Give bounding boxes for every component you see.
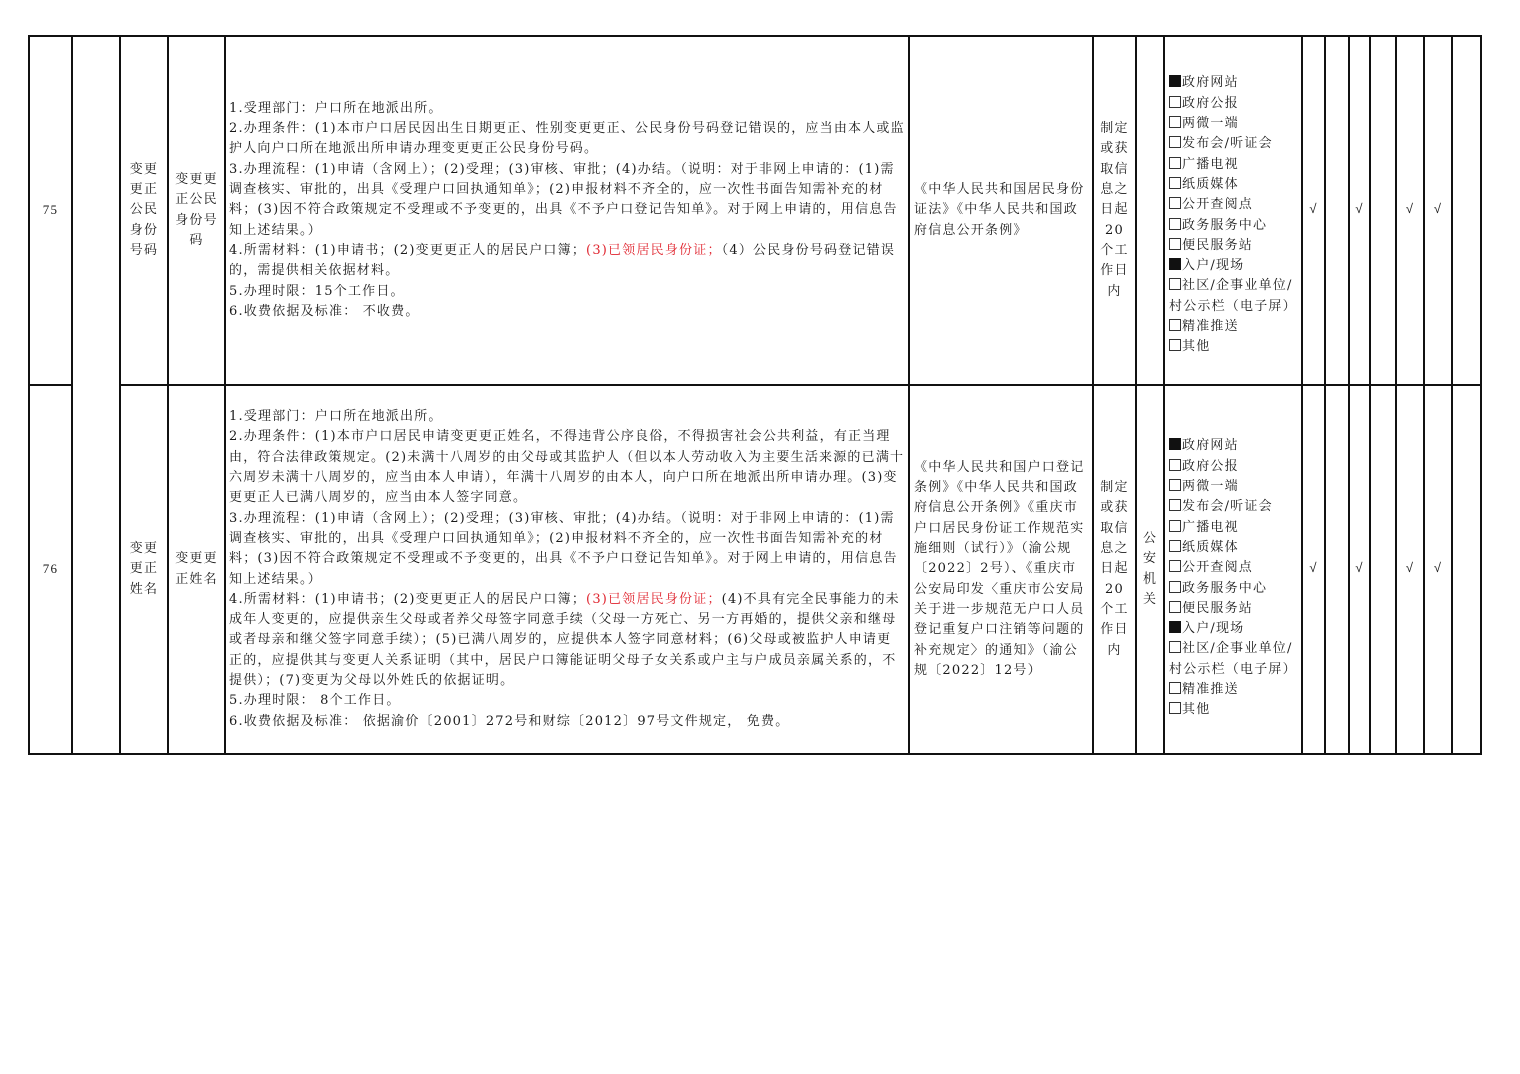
channel-label: 精准推送 [1182,319,1239,334]
row-number: 76 [29,385,72,754]
checkmark-cell [1370,385,1396,754]
channel-label: 广播电视 [1182,520,1239,535]
checkbox-empty-icon [1169,197,1181,209]
item-cell: 变更更正公民身份号码 [168,36,225,385]
checkbox-filled-icon [1169,621,1181,633]
channel-item: 政府网站 [1169,73,1298,93]
checkmark-cell: √ [1302,36,1325,385]
checkmark-cell: √ [1349,385,1370,754]
content-line: 4.所需材料：(1)申请书；(2)变更更正人的居民户口簿；(3)已领居民身份证；… [229,590,905,691]
channel-label: 两微一端 [1182,116,1239,131]
highlighted-text: (3)已领居民身份证； [586,243,722,258]
table-row: 76 变更更正姓名 变更更正姓名 1.受理部门：户口所在地派出所。 2.办理条件… [29,385,1481,754]
content-line: 6.收费依据及标准： 依据渝价〔2001〕272号和财综〔2012〕97号文件规… [229,712,905,732]
channel-label: 两微一端 [1182,479,1239,494]
checkmark-cell: √ [1396,36,1424,385]
checkmark-cell: √ [1396,385,1424,754]
checkbox-empty-icon [1169,238,1181,250]
checkbox-empty-icon [1169,702,1181,714]
checkbox-empty-icon [1169,581,1181,593]
content-line: 3.办理流程：(1)申请（含网上）；(2)受理；(3)审核、审批；(4)办结。（… [229,509,905,590]
channel-label: 纸质媒体 [1182,540,1239,555]
channel-label: 公开查阅点 [1182,197,1253,212]
checkbox-empty-icon [1169,499,1181,511]
checkbox-empty-icon [1169,540,1181,552]
checkbox-empty-icon [1169,560,1181,572]
deadline-cell: 制定或获取信息之日起20个工作日内 [1093,36,1136,385]
channel-list: 政府网站 政府公报 两微一端 发布会/听证会 广播电视 纸质媒体 公开查阅点 政… [1169,418,1298,720]
checkmark-cell [1325,36,1349,385]
checkbox-empty-icon [1169,177,1181,189]
channel-label: 便民服务站 [1182,238,1253,253]
content-line: 5.办理时限： 8个工作日。 [229,691,905,711]
channel-label: 政府公报 [1182,96,1239,111]
checkbox-empty-icon [1169,601,1181,613]
channel-label: 发布会/听证会 [1182,136,1273,151]
channel-label: 社区/企事业单位/村公示栏（电子屏） [1169,278,1297,313]
category-cell: 变更更正姓名 [120,385,168,754]
merged-empty-cell [72,36,120,754]
department-cell: 公安机关 [1136,385,1164,754]
channel-item: 精准推送 [1169,317,1298,337]
checkmark-cell: √ [1349,36,1370,385]
deadline-cell: 制定或获取信息之日起20个工作日内 [1093,385,1136,754]
channels-cell: 政府网站 政府公报 两微一端 发布会/听证会 广播电视 纸质媒体 公开查阅点 政… [1164,36,1302,385]
channel-item: 两微一端 [1169,114,1298,134]
channel-item: 便民服务站 [1169,599,1298,619]
content-line: 6.收费依据及标准： 不收费。 [229,302,905,322]
content-line: 1.受理部门：户口所在地派出所。 [229,407,905,427]
channel-label: 精准推送 [1182,682,1239,697]
checkbox-empty-icon [1169,136,1181,148]
channel-item: 广播电视 [1169,518,1298,538]
checkmark-cell [1452,36,1481,385]
checkmark-cell [1452,385,1481,754]
checkbox-empty-icon [1169,641,1181,653]
channel-item: 政务服务中心 [1169,216,1298,236]
channel-item: 发布会/听证会 [1169,497,1298,517]
channel-label: 发布会/听证会 [1182,499,1273,514]
checkbox-filled-icon [1169,438,1181,450]
channel-item: 两微一端 [1169,477,1298,497]
checkbox-filled-icon [1169,258,1181,270]
checkmark-cell [1370,36,1396,385]
checkbox-empty-icon [1169,459,1181,471]
channel-item: 广播电视 [1169,155,1298,175]
channel-label: 便民服务站 [1182,601,1253,616]
disclosure-table: 75 变更更正公民身份号码 变更更正公民身份号码 1.受理部门：户口所在地派出所… [28,35,1482,755]
content-text: 4.所需材料：(1)申请书；(2)变更更正人的居民户口簿； [229,243,586,258]
content-line: 2.办理条件：(1)本市户口居民申请变更更正姓名，不得违背公序良俗，不得损害社会… [229,427,905,508]
channel-item: 其他 [1169,700,1298,720]
channel-item: 公开查阅点 [1169,195,1298,215]
content-text: 4.所需材料：(1)申请书；(2)变更更正人的居民户口簿； [229,592,586,607]
channel-label: 入户/现场 [1182,258,1244,273]
channel-label: 其他 [1182,702,1210,717]
channel-item: 纸质媒体 [1169,175,1298,195]
legal-basis-cell: 《中华人民共和国居民身份证法》《中华人民共和国政府信息公开条例》 [909,36,1093,385]
channel-item: 公开查阅点 [1169,558,1298,578]
document-page: 75 变更更正公民身份号码 变更更正公民身份号码 1.受理部门：户口所在地派出所… [0,0,1520,1074]
channel-label: 政务服务中心 [1182,581,1267,596]
content-cell: 1.受理部门：户口所在地派出所。 2.办理条件：(1)本市户口居民因出生日期更正… [225,36,909,385]
channel-label: 广播电视 [1182,157,1239,172]
channel-item: 政府公报 [1169,94,1298,114]
checkbox-empty-icon [1169,96,1181,108]
checkbox-empty-icon [1169,278,1181,290]
item-cell: 变更更正姓名 [168,385,225,754]
checkbox-empty-icon [1169,218,1181,230]
table-row: 75 变更更正公民身份号码 变更更正公民身份号码 1.受理部门：户口所在地派出所… [29,36,1481,385]
channel-label: 纸质媒体 [1182,177,1239,192]
checkbox-empty-icon [1169,520,1181,532]
checkbox-empty-icon [1169,339,1181,351]
channel-item: 纸质媒体 [1169,538,1298,558]
checkbox-empty-icon [1169,682,1181,694]
channel-item: 政务服务中心 [1169,579,1298,599]
row-number: 75 [29,36,72,385]
channel-list: 政府网站 政府公报 两微一端 发布会/听证会 广播电视 纸质媒体 公开查阅点 政… [1169,63,1298,357]
channel-label: 政府网站 [1182,438,1239,453]
checkbox-empty-icon [1169,116,1181,128]
checkmark-cell: √ [1424,36,1452,385]
channel-label: 公开查阅点 [1182,560,1253,575]
channel-label: 社区/企事业单位/村公示栏（电子屏） [1169,641,1297,676]
checkmark-cell: √ [1424,385,1452,754]
department-cell [1136,36,1164,385]
channels-cell: 政府网站 政府公报 两微一端 发布会/听证会 广播电视 纸质媒体 公开查阅点 政… [1164,385,1302,754]
legal-basis-cell: 《中华人民共和国户口登记条例》《中华人民共和国政府信息公开条例》《重庆市户口居民… [909,385,1093,754]
checkbox-filled-icon [1169,75,1181,87]
channel-label: 其他 [1182,339,1210,354]
channel-item: 政府网站 [1169,436,1298,456]
content-cell: 1.受理部门：户口所在地派出所。 2.办理条件：(1)本市户口居民申请变更更正姓… [225,385,909,754]
channel-item: 入户/现场 [1169,256,1298,276]
checkmark-cell [1325,385,1349,754]
content-line: 4.所需材料：(1)申请书；(2)变更更正人的居民户口簿；(3)已领居民身份证；… [229,241,905,282]
channel-item: 政府公报 [1169,457,1298,477]
channel-label: 入户/现场 [1182,621,1244,636]
channel-item: 社区/企事业单位/村公示栏（电子屏） [1169,276,1298,317]
channel-label: 政务服务中心 [1182,218,1267,233]
channel-label: 政府网站 [1182,75,1239,90]
checkmark-cell: √ [1302,385,1325,754]
content-line: 3.办理流程：(1)申请（含网上）；(2)受理；(3)审核、审批；(4)办结。（… [229,160,905,241]
channel-item: 便民服务站 [1169,236,1298,256]
category-cell: 变更更正公民身份号码 [120,36,168,385]
channel-item: 精准推送 [1169,680,1298,700]
channel-label: 政府公报 [1182,459,1239,474]
checkbox-empty-icon [1169,319,1181,331]
highlighted-text: (3)已领居民身份证； [586,592,722,607]
channel-item: 其他 [1169,337,1298,357]
content-line: 5.办理时限：15个工作日。 [229,282,905,302]
checkbox-empty-icon [1169,157,1181,169]
channel-item: 入户/现场 [1169,619,1298,639]
content-line: 2.办理条件：(1)本市户口居民因出生日期更正、性别变更更正、公民身份号码登记错… [229,119,905,160]
channel-item: 发布会/听证会 [1169,134,1298,154]
content-line: 1.受理部门：户口所在地派出所。 [229,99,905,119]
channel-item: 社区/企事业单位/村公示栏（电子屏） [1169,639,1298,680]
checkbox-empty-icon [1169,479,1181,491]
